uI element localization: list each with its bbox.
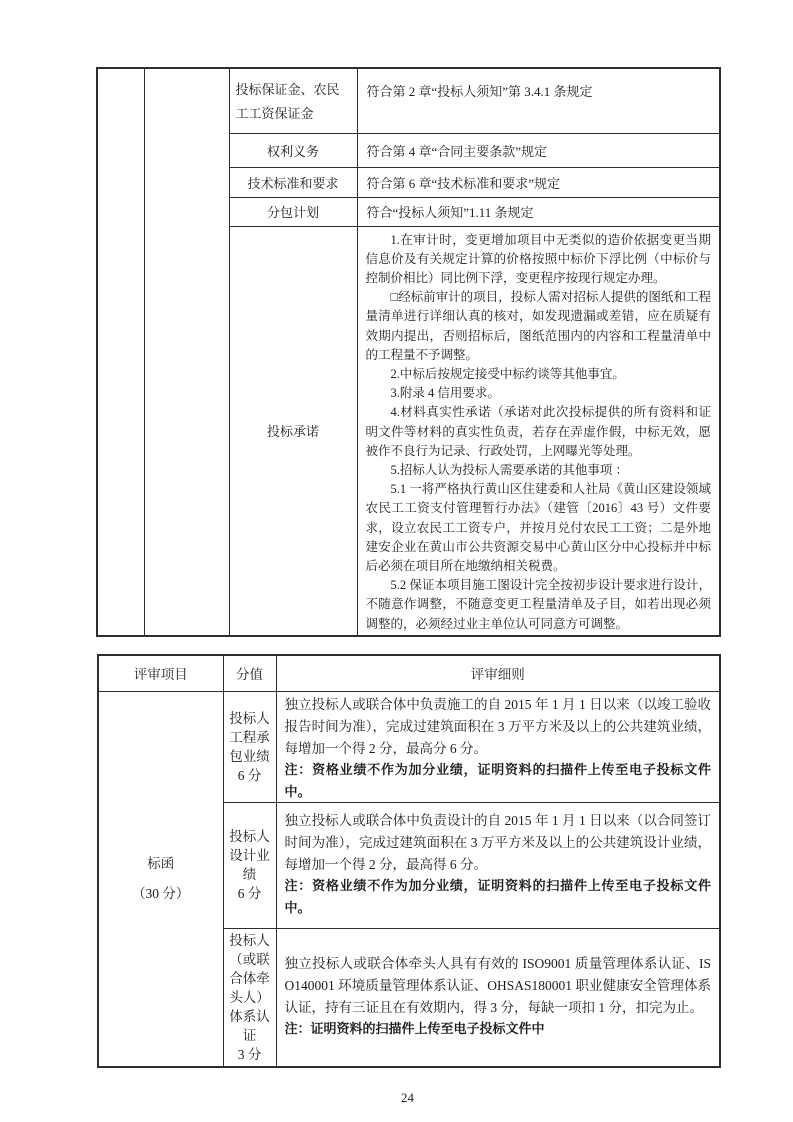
technical-standards-detail-cell: 符合第 6 章“技术标准和要求”规定 <box>357 167 720 197</box>
criteria-text: 独立投标人或联合体中负责设计的自 2015 年 1 月 1 日以来（以合同签订时… <box>285 810 712 876</box>
construction-record-score-cell: 投标人工程承包业绩 6 分 <box>223 691 276 802</box>
group-label-cell: 标函 （30 分） <box>98 691 223 1067</box>
evaluation-table: 评审项目 分值 评审细则 标函 （30 分） 投标人工程承包业绩 6 分 独立投… <box>97 654 721 1068</box>
score-name: 投标人设计业绩 <box>227 827 273 884</box>
subcontract-plan-label-cell: 分包计划 <box>229 197 357 226</box>
empty-spanner-cell-1 <box>97 68 144 636</box>
commitment-paragraph: 5.1 一将严格执行黄山区住建委和人社局《黄山区建设领域农民工工资支付管理暂行办… <box>366 480 712 576</box>
header-criteria-cell: 评审细则 <box>276 655 720 691</box>
commitment-paragraph: 5.招标人认为投标人需要承诺的其他事项 ： <box>366 461 712 480</box>
rights-obligations-label-cell: 权利义务 <box>229 133 357 167</box>
criteria-note: 注：资格业绩不作为加分业绩，证明资料的扫描件上传至电子投标文件中。 <box>285 876 712 920</box>
page-number: 24 <box>96 1090 719 1106</box>
commitment-paragraph: 2.中标后按规定接受中标约谈等其他事宜。 <box>366 365 712 384</box>
commitment-paragraph: 1.在审计时，变更增加项目中无类似的造价依据变更当期信息价及有关规定计算的价格按… <box>366 231 712 289</box>
empty-spanner-cell-2 <box>144 68 229 636</box>
group-label-line1: 标函 <box>99 849 223 879</box>
commitment-paragraph: 3.附录 4 信用要求。 <box>366 384 712 403</box>
criteria-text: 独立投标人或联合体牵头人具有有效的 ISO9001 质量管理体系认证、ISO14… <box>285 953 712 1019</box>
score-name: 投标人工程承包业绩 <box>227 709 273 766</box>
commitment-paragraph: 5.2 保证本项目施工图设计完全按初步设计要求进行设计，不随意作调整，不随意变更… <box>366 576 712 632</box>
construction-record-criteria-cell: 独立投标人或联合体中负责施工的自 2015 年 1 月 1 日以来（以竣工验收报… <box>276 691 720 802</box>
certification-score-cell: 投标人（或联合体牵头人）体系认证 3 分 <box>223 928 276 1067</box>
score-points: 3 分 <box>227 1045 273 1064</box>
bid-bond-detail-cell: 符合第 2 章“投标人须知”第 3.4.1 条规定 <box>357 68 720 133</box>
certification-criteria-cell: 独立投标人或联合体牵头人具有有效的 ISO9001 质量管理体系认证、ISO14… <box>276 928 720 1067</box>
bid-requirements-table: 投标保证金、农民工工资保证金 符合第 2 章“投标人须知”第 3.4.1 条规定… <box>96 67 721 637</box>
header-score-cell: 分值 <box>223 655 276 691</box>
group-label-line2: （30 分） <box>99 879 223 909</box>
header-item-cell: 评审项目 <box>98 655 223 691</box>
commitment-paragraph: □经标前审计的项目，投标人需对招标人提供的图纸和工程量清单进行详细认真的核对，如… <box>366 288 712 365</box>
commitment-paragraph: 4.材料真实性承诺（承诺对此次投标提供的所有资料和证明文件等材料的真实性负责，若… <box>366 403 712 461</box>
design-record-criteria-cell: 独立投标人或联合体中负责设计的自 2015 年 1 月 1 日以来（以合同签订时… <box>276 802 720 928</box>
technical-standards-label-cell: 技术标准和要求 <box>229 167 357 197</box>
score-points: 6 分 <box>227 884 273 903</box>
subcontract-plan-detail-cell: 符合“投标人须知”1.11 条规定 <box>357 197 720 226</box>
document-page: 投标保证金、农民工工资保证金 符合第 2 章“投标人须知”第 3.4.1 条规定… <box>0 0 793 1122</box>
bid-commitment-text: 1.在审计时，变更增加项目中无类似的造价依据变更当期信息价及有关规定计算的价格按… <box>366 231 712 633</box>
design-record-score-cell: 投标人设计业绩 6 分 <box>223 802 276 928</box>
score-points: 6 分 <box>227 766 273 785</box>
bid-commitment-label-cell: 投标承诺 <box>229 226 357 636</box>
criteria-text: 独立投标人或联合体中负责施工的自 2015 年 1 月 1 日以来（以竣工验收报… <box>285 694 712 760</box>
bid-commitment-detail-cell: 1.在审计时，变更增加项目中无类似的造价依据变更当期信息价及有关规定计算的价格按… <box>357 226 720 636</box>
score-name: 投标人（或联合体牵头人）体系认证 <box>227 931 273 1045</box>
bid-bond-label-cell: 投标保证金、农民工工资保证金 <box>229 68 357 133</box>
criteria-note: 注：证明资料的扫描件上传至电子投标文件中 <box>285 1019 712 1041</box>
rights-obligations-detail-cell: 符合第 4 章“合同主要条款”规定 <box>357 133 720 167</box>
criteria-note: 注：资格业绩不作为加分业绩，证明资料的扫描件上传至电子投标文件中。 <box>285 760 712 800</box>
